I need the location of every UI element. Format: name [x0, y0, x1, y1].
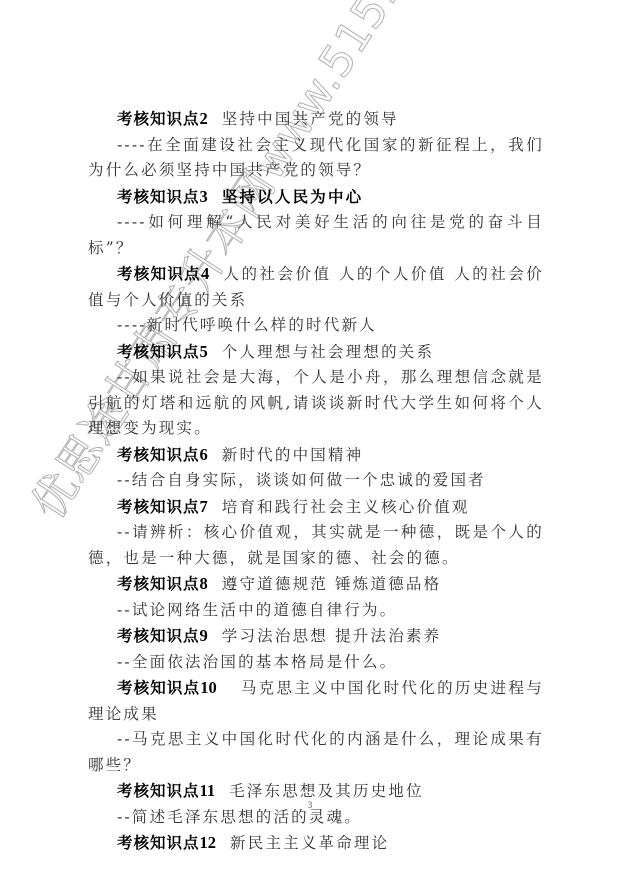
- heading-number: 2: [200, 109, 208, 128]
- page-number: 3: [0, 800, 620, 810]
- heading-number: 6: [200, 445, 208, 464]
- heading-number: 8: [200, 574, 208, 593]
- heading-title: 个人理想与社会理想的关系: [222, 343, 434, 361]
- heading-label: 考核知识点: [117, 264, 201, 283]
- knowledge-point-heading-3: 考核知识点3坚持以人民为中心: [88, 184, 544, 211]
- knowledge-point-question-9: --全面依法治国的基本格局是什么。: [88, 650, 544, 676]
- knowledge-point-question-8: --试论网络生活中的道德自律行为。: [88, 598, 544, 624]
- heading-title: 遵守道德规范 锤炼道德品格: [222, 575, 442, 593]
- heading-label: 考核知识点: [117, 109, 200, 128]
- knowledge-point-heading-12: 考核知识点12新民主主义革命理论: [88, 830, 544, 857]
- knowledge-point-heading-8: 考核知识点8遵守道德规范 锤炼道德品格: [88, 571, 544, 598]
- heading-title: 坚持以人民为中心: [222, 187, 364, 206]
- heading-title: 毛泽东思想及其历史地位: [229, 782, 424, 800]
- heading-label: 考核知识点: [117, 445, 200, 464]
- heading-label: 考核知识点: [117, 626, 200, 645]
- document-page: 优思途甘肃专升本网www.515148.COM 考核知识点2坚持中国共产党的领导…: [0, 0, 620, 876]
- knowledge-point-heading-2: 考核知识点2坚持中国共产党的领导: [88, 106, 544, 133]
- heading-label: 考核知识点: [117, 187, 200, 206]
- knowledge-point-heading-7: 考核知识点7培育和践行社会主义核心价值观: [88, 494, 544, 521]
- heading-number: 4: [201, 264, 209, 283]
- heading-label: 考核知识点: [117, 781, 200, 800]
- heading-number: 11: [200, 781, 216, 800]
- heading-label: 考核知识点: [117, 833, 200, 852]
- heading-number: 5: [200, 342, 208, 361]
- heading-title: 学习法治思想 提升法治素养: [222, 627, 442, 645]
- knowledge-point-question-7: --请辨析：核心价值观，其实就是一种德，既是个人的德，也是一种大德，就是国家的德…: [88, 520, 544, 571]
- heading-title: 新民主主义革命理论: [230, 834, 389, 852]
- knowledge-point-question-2: ----在全面建设社会主义现代化国家的新征程上，我们为什么必须坚持中国共产党的领…: [88, 133, 544, 184]
- heading-number: 12: [200, 833, 217, 852]
- knowledge-point-heading-9: 考核知识点9学习法治思想 提升法治素养: [88, 623, 544, 650]
- knowledge-point-question-3: ----如何理解“人民对美好生活的向往是党的奋斗目标”？: [88, 210, 544, 261]
- page-content: 考核知识点2坚持中国共产党的领导 ----在全面建设社会主义现代化国家的新征程上…: [88, 106, 544, 857]
- heading-label: 考核知识点: [117, 678, 200, 697]
- knowledge-point-heading-6: 考核知识点6新时代的中国精神: [88, 442, 544, 469]
- knowledge-point-question-10: --马克思主义中国化时代化的内涵是什么，理论成果有哪些？: [88, 727, 544, 778]
- heading-label: 考核知识点: [117, 574, 200, 593]
- knowledge-point-heading-4: 考核知识点4人的社会价值 人的个人价值 人的社会价值与个人价值的关系: [88, 261, 544, 313]
- knowledge-point-question-5: --如果说社会是大海，个人是小舟，那么理想信念就是引航的灯塔和远航的风帆,请谈谈…: [88, 365, 544, 442]
- heading-title: 培育和践行社会主义核心价值观: [222, 498, 470, 516]
- knowledge-point-question-6: --结合自身实际，谈谈如何做一个忠诚的爱国者: [88, 468, 544, 494]
- heading-title: 新时代的中国精神: [222, 446, 364, 464]
- heading-label: 考核知识点: [117, 342, 200, 361]
- heading-number: 3: [200, 187, 208, 206]
- knowledge-point-heading-10: 考核知识点10马克思主义中国化时代化的历史进程与理论成果: [88, 675, 544, 727]
- heading-number: 9: [200, 626, 208, 645]
- heading-label: 考核知识点: [117, 497, 200, 516]
- heading-number: 10: [200, 678, 217, 697]
- knowledge-point-heading-5: 考核知识点5个人理想与社会理想的关系: [88, 339, 544, 366]
- heading-title: 坚持中国共产党的领导: [222, 110, 399, 128]
- heading-number: 7: [200, 497, 208, 516]
- knowledge-point-question-4: ----新时代呼唤什么样的时代新人: [88, 313, 544, 339]
